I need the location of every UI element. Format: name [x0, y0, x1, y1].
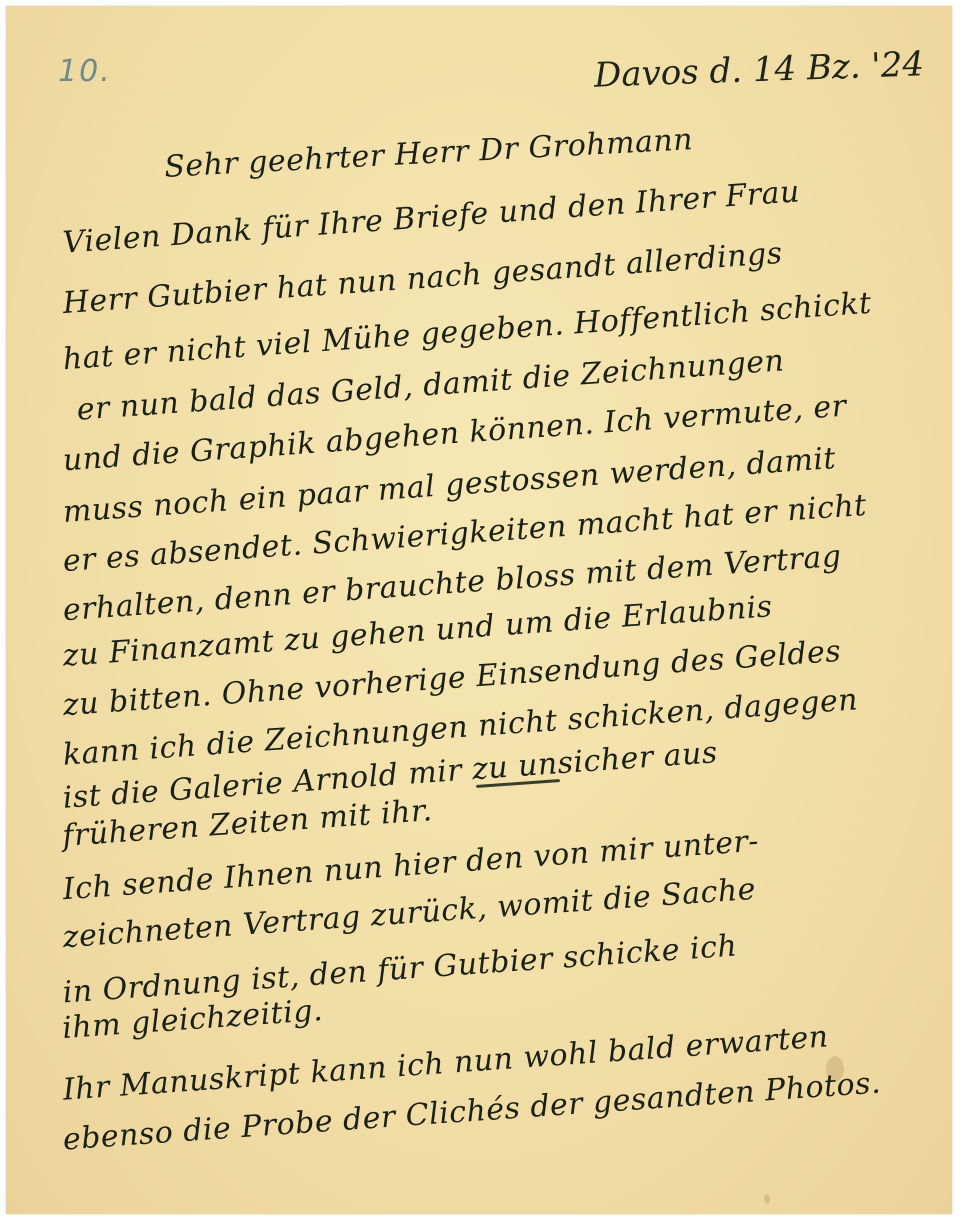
paper-stain — [764, 1194, 770, 1204]
salutation: Sehr geehrter Herr Dr Grohmann — [163, 122, 693, 185]
dateline: Davos d. 14 Bz. '24 — [593, 44, 924, 95]
letter-page: 10. Davos d. 14 Bz. '24 Sehr geehrter He… — [6, 6, 952, 1214]
archive-number: 10. — [58, 54, 112, 89]
